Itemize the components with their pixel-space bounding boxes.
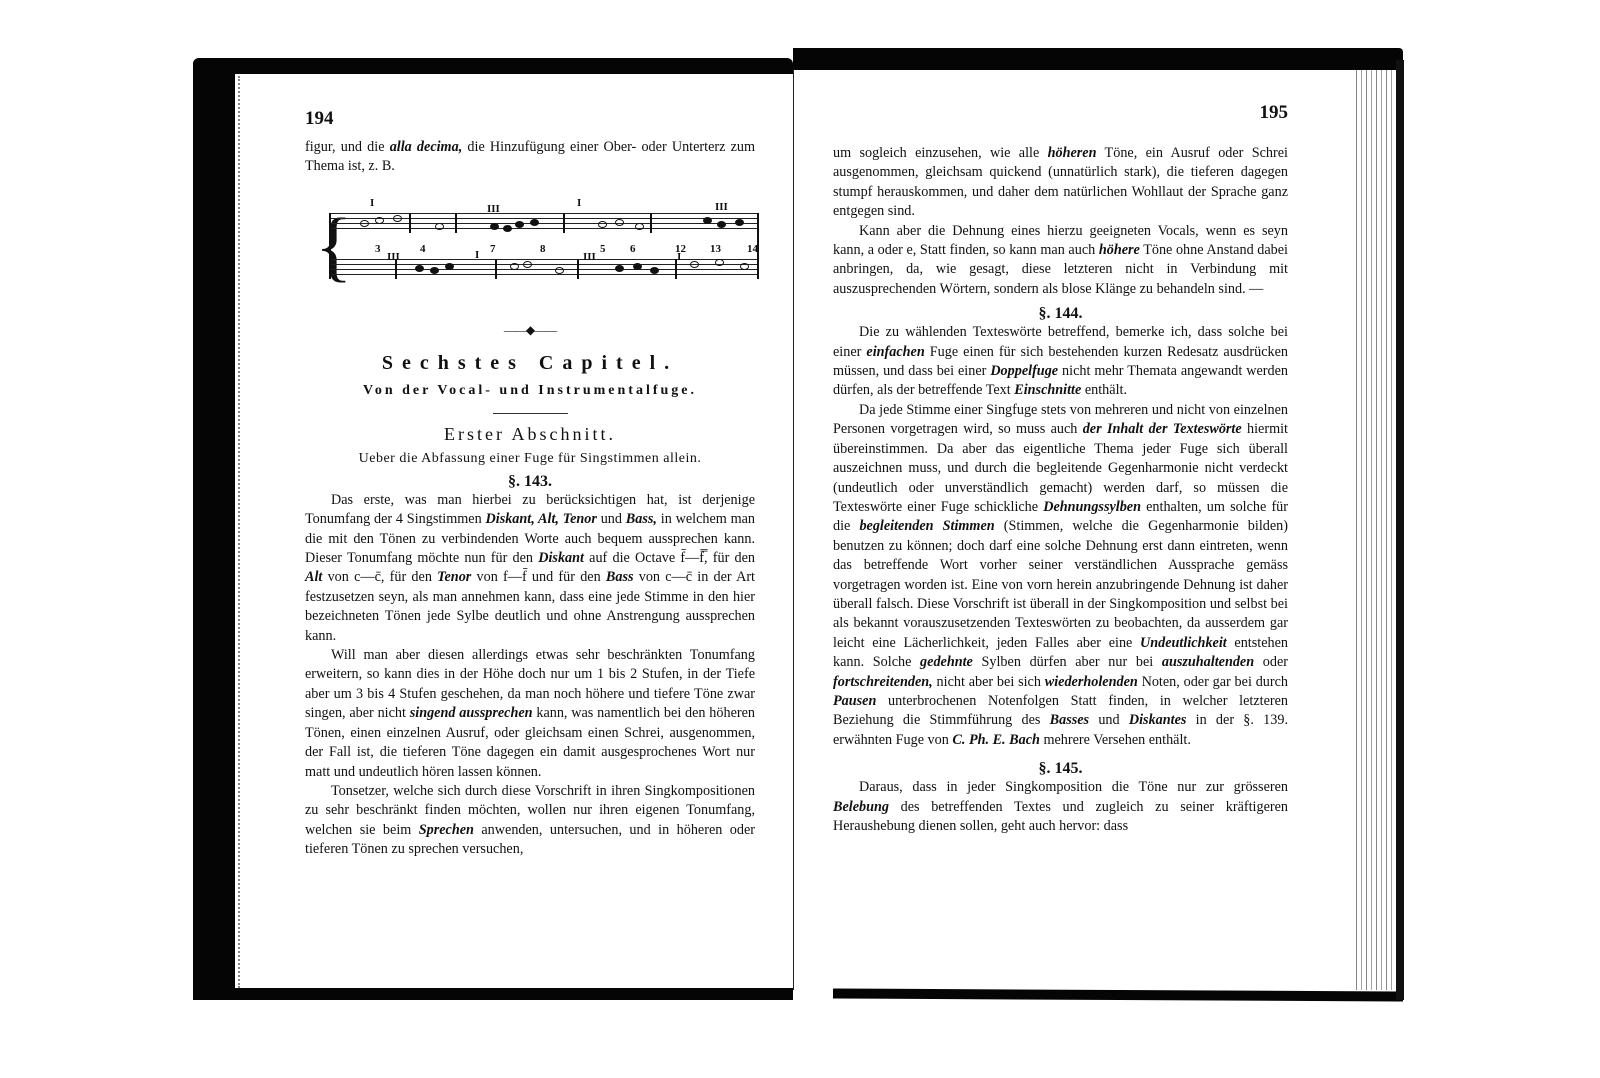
paragraph-heading: §. 144. [833, 305, 1288, 323]
text-run: mehrere Versehen enthält. [1040, 732, 1191, 748]
text-run: Sylben dürfen aber nur bei [973, 654, 1162, 670]
chapter-title: Sechstes Capitel. [305, 352, 755, 375]
note [735, 219, 744, 226]
barline [577, 259, 579, 279]
right-page: 195 um sogleich einzusehen, wie alle höh… [833, 100, 1288, 836]
note [703, 217, 712, 224]
note [715, 259, 724, 266]
text-run: oder [1254, 654, 1288, 670]
body-paragraph: Kann aber die Dehnung eines hierzu geeig… [833, 222, 1288, 300]
note [445, 263, 454, 270]
voice-label: III [715, 201, 728, 213]
page-edges-right [1352, 70, 1400, 990]
text-run: auf die Octave f̄—f̿, für den [584, 550, 755, 566]
italic-term: begleitenden Stimmen [859, 518, 994, 534]
italic-term: Undeutlichkeit [1140, 635, 1227, 651]
note [598, 221, 607, 228]
voice-label: III [583, 251, 596, 263]
italic-term: Belebung [833, 799, 889, 815]
italic-term: Dehnungssylben [1043, 499, 1141, 515]
italic-term: auszuhaltenden [1162, 654, 1254, 670]
text-run: und [597, 511, 626, 527]
italic-term: einfachen [866, 344, 924, 360]
measure-number: 13 [710, 243, 721, 255]
book-cover-bottom-left [193, 988, 793, 1000]
italic-term: alla decima, [390, 139, 463, 155]
note [717, 221, 726, 228]
intro-text: figur, und die alla decima, die Hinzufüg… [305, 138, 755, 177]
body-paragraph: Tonsetzer, welche sich durch diese Vorsc… [305, 782, 755, 860]
text-run: enthält. [1081, 382, 1127, 398]
italic-term: höheren [1048, 145, 1097, 161]
paragraph-heading: §. 145. [833, 760, 1288, 778]
barline [455, 213, 457, 233]
note [490, 223, 499, 230]
note [435, 223, 444, 230]
text-run: figur, und die [305, 139, 390, 155]
page-edge-left [238, 76, 243, 988]
note [430, 267, 439, 274]
note [515, 221, 524, 228]
italic-term: höhere [1099, 242, 1140, 258]
note [530, 219, 539, 226]
note [650, 267, 659, 274]
body-paragraph: Das erste, was man hierbei zu berücksich… [305, 491, 755, 646]
note [615, 265, 624, 272]
measure-number: 7 [490, 243, 496, 255]
italic-term: Doppelfuge [990, 363, 1058, 379]
italic-term: Bass [606, 569, 634, 585]
measure-number: 4 [420, 243, 426, 255]
book-cover-right-edge [1396, 60, 1404, 1000]
divider-rule [493, 413, 568, 414]
text-run: Daraus, dass in jeder Singkomposition di… [859, 779, 1288, 795]
voice-label: III [487, 203, 500, 215]
italic-term: Einschnitte [1014, 382, 1081, 398]
note [555, 267, 564, 274]
left-page: 194 figur, und die alla decima, die Hinz… [305, 100, 755, 860]
note [503, 225, 512, 232]
italic-term: C. Ph. E. Bach [952, 732, 1040, 748]
section-title: Erster Abschnitt. [305, 424, 755, 445]
italic-term: Diskant, Alt, Tenor [486, 511, 597, 527]
note [740, 263, 749, 270]
voice-label: I [577, 197, 581, 209]
italic-term: wiederholenden [1045, 674, 1138, 690]
book-cover-left-edge [193, 58, 235, 1000]
barline [495, 259, 497, 279]
italic-term: singend aussprechen [410, 705, 533, 721]
chapter-ornament: ——◆—— [305, 323, 755, 338]
note [523, 261, 532, 268]
book-cover-bottom-right [833, 989, 1403, 1002]
text-run: von c—c̄, für den [322, 569, 437, 585]
measure-number: 6 [630, 243, 636, 255]
book-gutter [793, 70, 794, 990]
voice-label: I [677, 251, 681, 263]
note [690, 261, 699, 268]
italic-term: Sprechen [419, 822, 474, 838]
barline [409, 213, 411, 233]
note [615, 219, 624, 226]
book-cover-top-right [793, 48, 1403, 70]
italic-term: Bass, [626, 511, 657, 527]
text-run: (Stimmen, welche die Gegenharmonie bilde… [833, 518, 1288, 650]
note [635, 223, 644, 230]
text-run: und [1089, 712, 1129, 728]
voice-label: I [475, 249, 479, 261]
note [633, 263, 642, 270]
paragraph-heading: §. 143. [305, 473, 755, 491]
voice-label: III [387, 251, 400, 263]
body-paragraph: um sogleich einzusehen, wie alle höheren… [833, 144, 1288, 222]
body-paragraph: Daraus, dass in jeder Singkomposition di… [833, 778, 1288, 836]
barline [563, 213, 565, 233]
body-paragraph: Will man aber diesen allerdings etwas se… [305, 646, 755, 782]
chapter-subtitle: Von der Vocal- und Instrumentalfuge. [305, 383, 755, 399]
text-run: Noten, oder gar bei durch [1138, 674, 1288, 690]
italic-term: Pausen [833, 693, 876, 709]
italic-term: der Inhalt der Texteswörte [1083, 421, 1242, 437]
measure-number: 5 [600, 243, 606, 255]
italic-term: Diskant [538, 550, 584, 566]
section-subtitle: Ueber die Abfassung einer Fuge für Sings… [305, 451, 755, 467]
note [415, 265, 424, 272]
italic-term: Alt [305, 569, 322, 585]
page-number: 194 [305, 108, 755, 138]
measure-number: 3 [375, 243, 381, 255]
text-run: von f—f̄ und für den [471, 569, 606, 585]
body-paragraph: Da jede Stimme einer Singfuge stets von … [833, 401, 1288, 750]
page-number: 195 [833, 102, 1288, 132]
note [510, 263, 519, 270]
voice-label: I [370, 197, 374, 209]
note [360, 220, 369, 227]
italic-term: gedehnte [920, 654, 973, 670]
measure-number: 14 [747, 243, 758, 255]
note [393, 215, 402, 222]
italic-term: Basses [1050, 712, 1089, 728]
barline [329, 213, 331, 279]
text-run: nicht aber bei sich [933, 674, 1045, 690]
music-example: { I III I III 3 III 4 I 7 8 5 III 6 12 I… [315, 193, 760, 293]
text-run: um sogleich einzusehen, wie alle [833, 145, 1048, 161]
italic-term: Diskantes [1129, 712, 1187, 728]
text-run: des betreffenden Textes und zugleich zu … [833, 799, 1288, 834]
book-cover-top-left [193, 58, 793, 74]
body-paragraph: Die zu wählenden Texteswörte betreffend,… [833, 323, 1288, 401]
italic-term: fortschreitenden, [833, 674, 933, 690]
barline [650, 213, 652, 233]
italic-term: Tenor [437, 569, 471, 585]
note [375, 217, 384, 224]
measure-number: 8 [540, 243, 546, 255]
